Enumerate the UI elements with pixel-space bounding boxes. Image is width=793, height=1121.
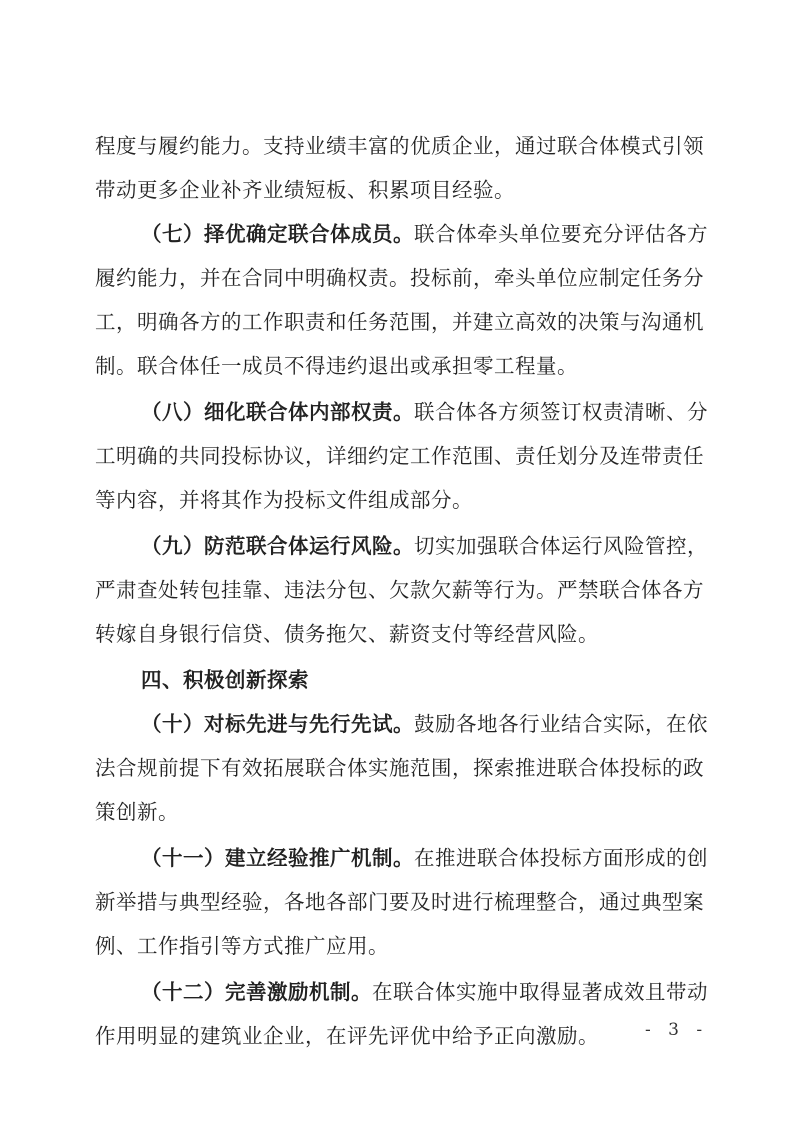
paragraph-line: 等内容，并将其作为投标文件组成部分。: [95, 478, 473, 522]
paragraph-line: 作用明显的建筑业企业，在评先评优中给予正向激励。: [95, 1014, 599, 1058]
paragraph-line: 履约能力，并在合同中明确权责。投标前，牵头单位应制定任务分: [95, 256, 704, 300]
chapter-heading: 四、积极创新探索: [141, 658, 309, 702]
paragraph-line: 严肃查处转包挂靠、违法分包、欠款欠薪等行为。严禁联合体各方: [95, 568, 704, 612]
paragraph-line: 新举措与典型经验，各地各部门要及时进行梳理整合，通过典型案: [95, 880, 704, 924]
paragraph-line: 转嫁自身银行信贷、债务拖欠、薪资支付等经营风险。: [95, 612, 599, 656]
paragraph-line: 程度与履约能力。支持业绩丰富的优质企业，通过联合体模式引领: [95, 124, 704, 168]
section-10-line: （十）对标先进与先行先试。鼓励各地各行业结合实际，在依: [141, 702, 708, 746]
section-7-line: （七）择优确定联合体成员。联合体牵头单位要充分评估各方: [141, 212, 708, 256]
paragraph-line: 带动更多企业补齐业绩短板、积累项目经验。: [95, 168, 515, 212]
section-12-line: （十二）完善激励机制。在联合体实施中取得显著成效且带动: [141, 970, 708, 1014]
section-10-title: （十）对标先进与先行先试。: [141, 712, 414, 736]
paragraph-line: 例、工作指引等方式推广应用。: [95, 924, 389, 968]
section-9-title: （九）防范联合体运行风险。: [141, 534, 414, 558]
section-8-line: （八）细化联合体内部权责。联合体各方须签订权责清晰、分: [141, 390, 708, 434]
section-8-title: （八）细化联合体内部权责。: [141, 400, 414, 424]
paragraph-line: 法合规前提下有效拓展联合体实施范围，探索推进联合体投标的政: [95, 746, 704, 790]
page-number: - 3 -: [645, 1020, 708, 1040]
paragraph-line: 制。联合体任一成员不得违约退出或承担零工程量。: [95, 344, 578, 388]
paragraph-line: 工，明确各方的工作职责和任务范围，并建立高效的决策与沟通机: [95, 300, 704, 344]
paragraph-line: 工明确的共同投标协议，详细约定工作范围、责任划分及连带责任: [95, 434, 704, 478]
section-11-line: （十一）建立经验推广机制。在推进联合体投标方面形成的创: [141, 836, 708, 880]
paragraph-line: 策创新。: [95, 790, 179, 834]
section-9-line: （九）防范联合体运行风险。切实加强联合体运行风险管控，: [141, 524, 708, 568]
section-11-title: （十一）建立经验推广机制。: [141, 846, 414, 870]
section-12-title: （十二）完善激励机制。: [141, 980, 372, 1004]
section-7-title: （七）择优确定联合体成员。: [141, 222, 414, 246]
